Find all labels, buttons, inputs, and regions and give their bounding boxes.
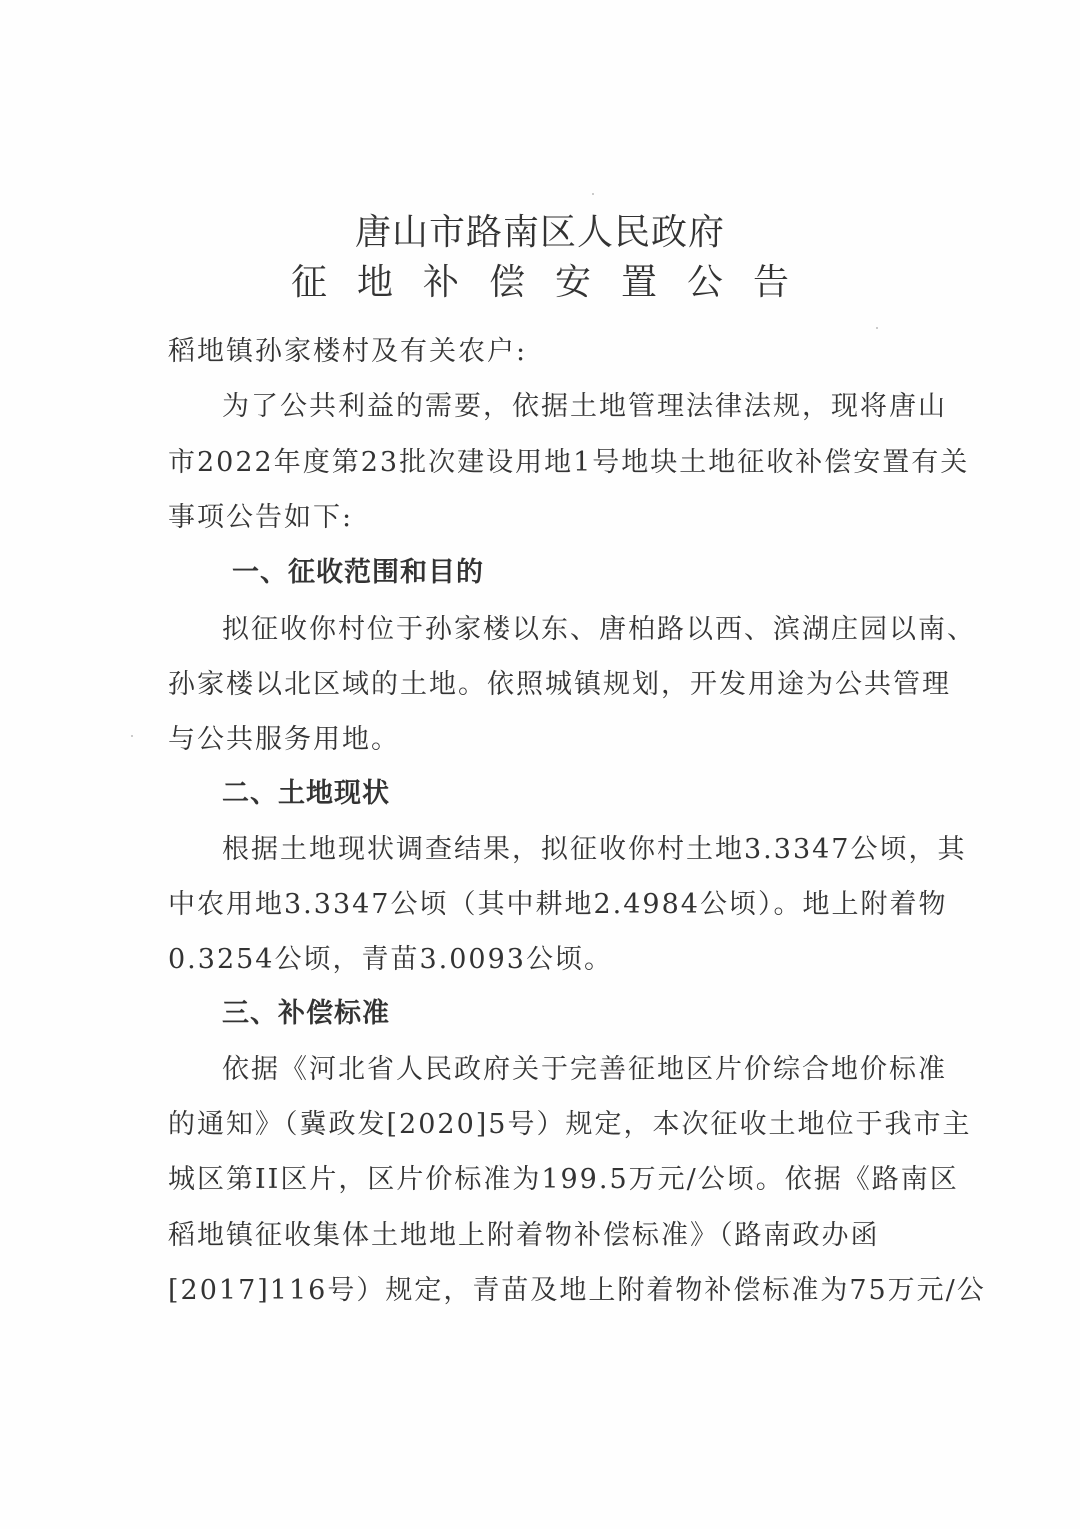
section-line: 中农用地3.3347公顷（其中耕地2.4984公顷）。地上附着物 — [168, 887, 938, 923]
section-line: 拟征收你村位于孙家楼以东、唐柏路以西、滨湖庄园以南、 — [222, 612, 992, 648]
addressee: 稻地镇孙家楼村及有关农户: — [168, 334, 938, 370]
scan-speck — [131, 735, 133, 737]
intro-line: 事项公告如下: — [168, 500, 938, 536]
section-line: 0.3254公顷，青苗3.0093公顷。 — [168, 942, 938, 978]
intro-line: 市2022年度第23批次建设用地1号地块土地征收补偿安置有关 — [168, 445, 938, 481]
section-line: 城区第II区片，区片价标准为199.5万元/公顷。依据《路南区 — [168, 1162, 938, 1198]
scan-speck — [592, 193, 594, 195]
section-heading: 三、补偿标准 — [222, 996, 390, 1032]
document-title-issuer: 唐山市路南区人民政府 — [0, 204, 1080, 255]
section-line: [2017]116号）规定，青苗及地上附着物补偿标准为75万元/公 — [168, 1273, 938, 1309]
document-page: 唐山市路南区人民政府 征地补偿安置公告 稻地镇孙家楼村及有关农户: 为了公共利益… — [0, 0, 1080, 1529]
section-heading: 一、征收范围和目的 — [232, 555, 484, 591]
section-line: 的通知》（冀政发[2020]5号）规定，本次征收土地位于我市主 — [168, 1107, 938, 1143]
section-line: 根据土地现状调查结果，拟征收你村土地3.3347公顷，其 — [222, 832, 992, 868]
scan-speck — [876, 327, 878, 329]
intro-line: 为了公共利益的需要，依据土地管理法律法规，现将唐山 — [222, 389, 992, 425]
section-line: 孙家楼以北区域的土地。依照城镇规划，开发用途为公共管理 — [168, 667, 938, 703]
section-line: 依据《河北省人民政府关于完善征地区片价综合地价标准 — [222, 1052, 992, 1088]
document-title-subject: 征地补偿安置公告 — [0, 254, 1080, 305]
section-line: 与公共服务用地。 — [168, 722, 938, 758]
section-heading: 二、土地现状 — [222, 776, 390, 812]
section-line: 稻地镇征收集体土地地上附着物补偿标准》（路南政办函 — [168, 1218, 938, 1254]
